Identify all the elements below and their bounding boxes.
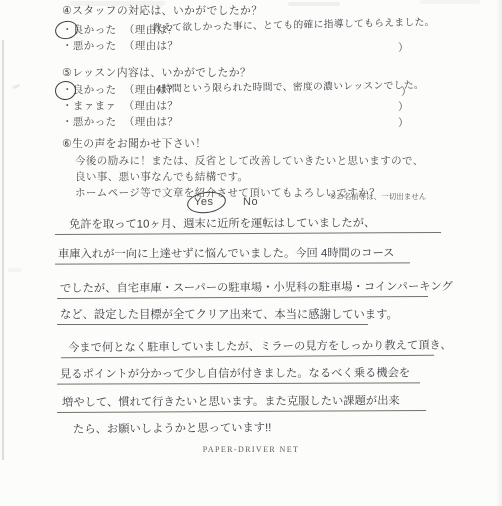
question6-body-line2: 良い事、悪い事なんでも結構です。: [75, 171, 249, 184]
question5-title: ⑤レッスン内容は、いかがでしたか？: [62, 67, 251, 80]
option-bad-reason-prompt: （理由は？: [124, 40, 179, 53]
comment-line: 車庫入れが一向に上達せずに悩んでいました。今回 4時間のコース: [55, 246, 410, 264]
question4-option-bad: ・悪かった （理由は？: [62, 40, 178, 53]
question6-title: ⑥生の声をお聞かせ下さい！: [62, 138, 206, 151]
question5-good-handwritten-answer: 4時間という限られた時間で、密度の濃いレッスンでした。: [156, 77, 424, 95]
option-bad-label: ・悪かった: [62, 40, 117, 53]
scan-smudge: [420, 0, 480, 4]
question6-body-line1: 今後の励みに！または、反省として改善していきたいと思いますので、: [75, 155, 424, 168]
scan-edge-right: [495, 0, 502, 506]
option-bad-reason-prompt: （理由は？: [124, 116, 179, 129]
privacy-note: ※お名前等は、一切出ません: [330, 190, 426, 203]
footer-brand: PAPER-DRIVER NET: [0, 445, 502, 454]
question4-title: ④スタッフの対応は、いかがでしたか？: [62, 5, 262, 18]
question5-soso-close-paren: ）: [398, 99, 409, 114]
scan-smudge: [8, 268, 22, 272]
comment-line: 増やして、慣れて行きたいと思います。また克服したい課題が出来: [57, 394, 426, 413]
question5-good-close-paren: ）: [401, 84, 412, 99]
question5-option-bad: ・悪かった （理由は？: [62, 116, 178, 129]
selection-circle-q4-good: [53, 19, 79, 41]
scan-smudge: [288, 2, 340, 6]
question4-bad-close-paren: ）: [398, 40, 409, 55]
comment-line: 今まで何となく駐車していましたが、ミラーの見方をしっかり教えて頂き、: [61, 339, 434, 359]
scan-smudge: [12, 84, 21, 90]
no-option: No: [243, 196, 258, 208]
selection-circle-q5-good: [54, 80, 77, 102]
comment-line: 見るポイントが分かって少し自信が付きました。なるべく乗る機会を: [57, 366, 420, 384]
comment-line: でしたが、自宅車庫・スーパーの駐車場・小児科の駐車場・コインパーキング: [57, 280, 428, 299]
option-soso-reason-prompt: （理由は？: [124, 100, 179, 113]
option-soso-label: ・まァまァ: [62, 100, 116, 113]
comment-line: たら、お願いしようかと思っています!!: [73, 421, 271, 439]
scanned-feedback-form: ④スタッフの対応は、いかがでしたか？ ・良かった （理由は？ 教えて欲しかった事…: [0, 0, 502, 506]
question5-bad-close-paren: ）: [398, 115, 409, 130]
scan-edge-left: [2, 40, 4, 460]
comment-line: 免許を取って10ヶ月、週末に近所を運転はしていましたが、: [55, 216, 441, 235]
option-bad-label: ・悪かった: [62, 116, 117, 129]
question5-option-soso: ・まァまァ （理由は？: [62, 100, 178, 113]
comment-line: など、設定した目標が全てクリア出来て、本当に感謝しています。: [57, 308, 368, 325]
